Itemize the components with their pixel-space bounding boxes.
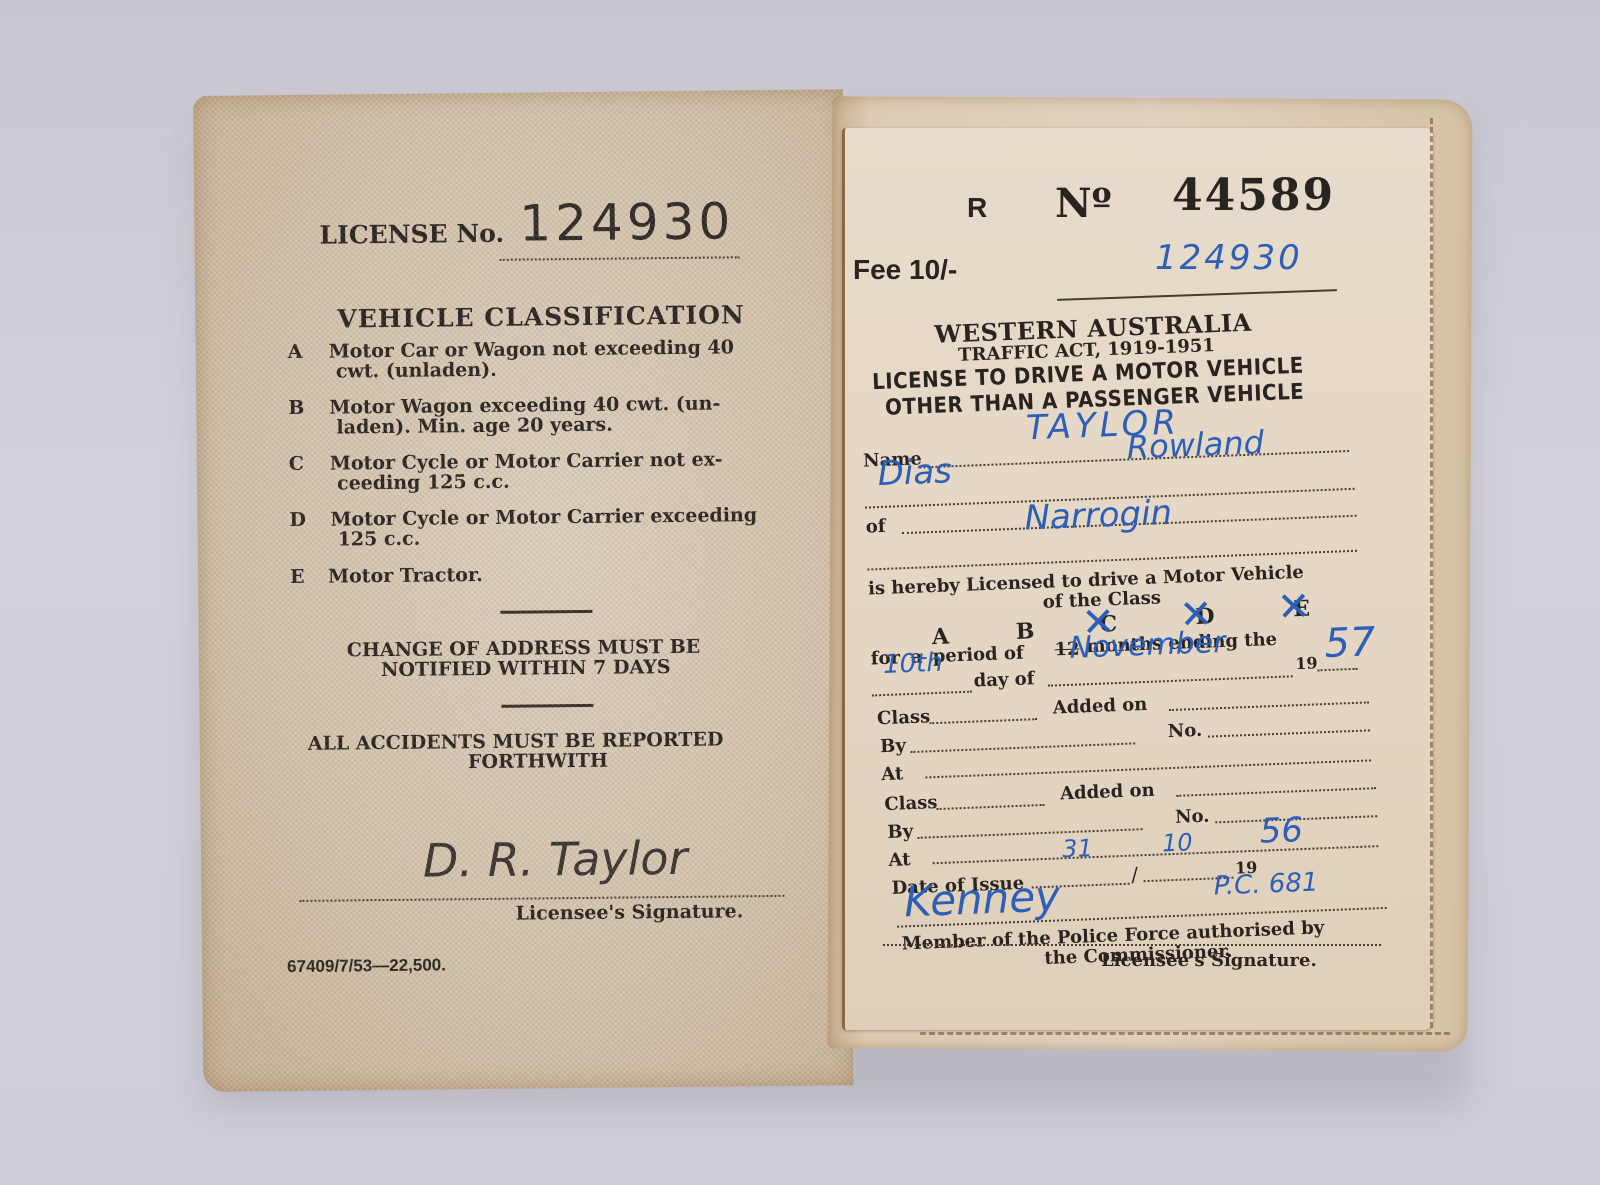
period-month-handwritten: November	[1069, 625, 1226, 666]
license-body: WESTERN AUSTRALIA TRAFFIC ACT, 1919-1951…	[835, 117, 1457, 1041]
license-no-line	[500, 256, 740, 261]
address-value: Narrogin	[1024, 493, 1173, 539]
class-letter-e: E	[290, 566, 305, 588]
endorse2-class-line	[937, 804, 1045, 810]
license-no-value: 124930	[519, 192, 734, 252]
endorse2-at-label: At	[888, 849, 911, 871]
date-issue-day: 31	[1062, 834, 1094, 863]
license-no-label: LICENSE No.	[319, 219, 504, 250]
endorse2-added-on-line	[1176, 787, 1376, 797]
licensee-signature-label: Licensee's Signature.	[515, 900, 743, 924]
left-cover-page: LICENSE No. 124930 VEHICLE CLASSIFICATIO…	[193, 89, 853, 1092]
endorse1-no-line	[1208, 729, 1370, 737]
license-insert-card: R Nº 44589 Fee 10/- 124930 WESTERN AUSTR…	[842, 128, 1433, 1030]
date-issue-year: 56	[1259, 810, 1304, 852]
officer-signature: Kenney	[903, 871, 1061, 926]
endorse1-at-line	[925, 759, 1371, 778]
period-year-handwritten: 57	[1324, 619, 1377, 667]
officer-rank: P.C. 681	[1213, 867, 1319, 901]
date-separator: /	[1131, 862, 1139, 886]
cross-mark-e: ✕	[1276, 584, 1311, 631]
class-b: B	[1015, 618, 1035, 645]
date-issue-month: 10	[1162, 828, 1194, 857]
endorse1-by-line	[910, 742, 1135, 753]
endorse1-by-label: By	[880, 735, 906, 757]
class-d-line2: 125 c.c.	[338, 528, 421, 551]
endorse1-class-label: Class	[877, 706, 931, 729]
class-list: A Motor Car or Wagon not exceeding 40 cw…	[193, 89, 843, 96]
class-d-line1: Motor Cycle or Motor Carrier exceeding	[330, 504, 757, 530]
licensee-signature-line	[883, 944, 1381, 946]
year-prefix: 19	[1295, 653, 1318, 673]
class-a-line1: Motor Car or Wagon not exceeding 40	[329, 336, 734, 362]
of-label: of	[865, 516, 886, 538]
class-c-line2: ceeding 125 c.c.	[337, 471, 510, 495]
name-given-2: Rowland	[1126, 423, 1264, 466]
endorse2-by-label: By	[887, 821, 913, 843]
month-line	[1048, 675, 1293, 686]
endorse1-class-line	[929, 718, 1037, 724]
stitching-right	[1430, 118, 1433, 1028]
class-a-line2: cwt. (unladen).	[336, 359, 497, 383]
class-letter-c: C	[289, 453, 304, 475]
divider-1	[500, 610, 592, 614]
period-text: period of	[932, 643, 1024, 667]
endorse2-class-label: Class	[884, 792, 938, 815]
class-e-line1: Motor Tractor.	[328, 564, 483, 588]
divider-2	[501, 704, 593, 708]
stitching-bottom	[920, 1032, 1450, 1035]
print-code: 67409/7/53—22,500.	[287, 955, 446, 977]
endorse1-at-label: At	[881, 763, 904, 785]
endorse2-no-label: No.	[1175, 806, 1210, 828]
endorse1-no-label: No.	[1167, 720, 1202, 742]
licensee-signature: D. R. Taylor	[423, 831, 688, 888]
class-letter-b: B	[288, 397, 304, 419]
classification-title: VEHICLE CLASSIFICATION	[337, 300, 745, 333]
period-day-handwritten: 10th	[882, 648, 943, 680]
class-letter-a: A	[288, 341, 303, 363]
licensee-signature-label-right: Licensee's Signature.	[1101, 950, 1317, 971]
class-b-line2: laden). Min. age 20 years.	[336, 414, 613, 439]
endorse1-added-on-line	[1169, 701, 1369, 711]
year-line	[1318, 668, 1358, 672]
endorse2-added-on-label: Added on	[1060, 780, 1155, 805]
endorse2-at-line	[933, 845, 1379, 864]
day-of-text: day of	[973, 668, 1034, 691]
name-given-1: Dias	[877, 451, 953, 494]
class-letter-d: D	[289, 509, 306, 531]
notice-address-line2: NOTIFIED WITHIN 7 DAYS	[381, 656, 671, 681]
notice-accidents-line2: FORTHWITH	[468, 750, 608, 773]
endorse2-by-line	[918, 828, 1143, 839]
class-c-line1: Motor Cycle or Motor Carrier not ex-	[330, 448, 723, 474]
day-line	[872, 691, 972, 697]
endorse1-added-on-label: Added on	[1052, 694, 1147, 719]
